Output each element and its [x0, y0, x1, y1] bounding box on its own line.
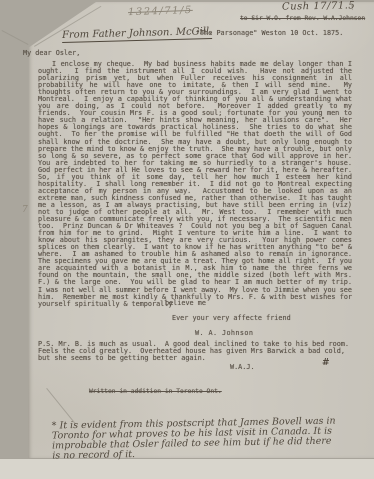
postscript: P.S. Mr. B. is much as usual. A good dea…	[38, 341, 350, 363]
struck-caption-top: to Sir W.O. from Rev. W.A.Johnson	[240, 15, 365, 22]
postscript-initials: W.A.J.	[230, 363, 255, 371]
ink-reference-number: Cush 17/71.5	[282, 0, 355, 12]
ps-reference-mark: #	[322, 358, 330, 368]
pencil-reference-number: 1324/71/5	[128, 5, 193, 18]
curator-footnote: * It is evident from this postscript tha…	[52, 417, 339, 462]
signature: W. A. Johnson	[195, 329, 253, 337]
letter-dateline: "The Parsonage" Weston 10 Oct. 1875.	[196, 29, 343, 37]
letter-salutation: My dear Osler,	[23, 49, 80, 57]
struck-caption-bottom: Written in addition in Toronto Ont.	[89, 388, 222, 395]
scanned-letter-page: 1324/71/5 Cush 17/71.5 to Sir W.O. from …	[0, 0, 374, 479]
closing-lead: believe me	[165, 299, 206, 307]
edge-crease-line	[2, 30, 29, 45]
margin-query-mark: 7	[22, 205, 28, 215]
closing-line: Ever your very affecte friend	[172, 314, 291, 322]
letter-body: I enclose my cheque. My bad business hab…	[38, 61, 352, 308]
